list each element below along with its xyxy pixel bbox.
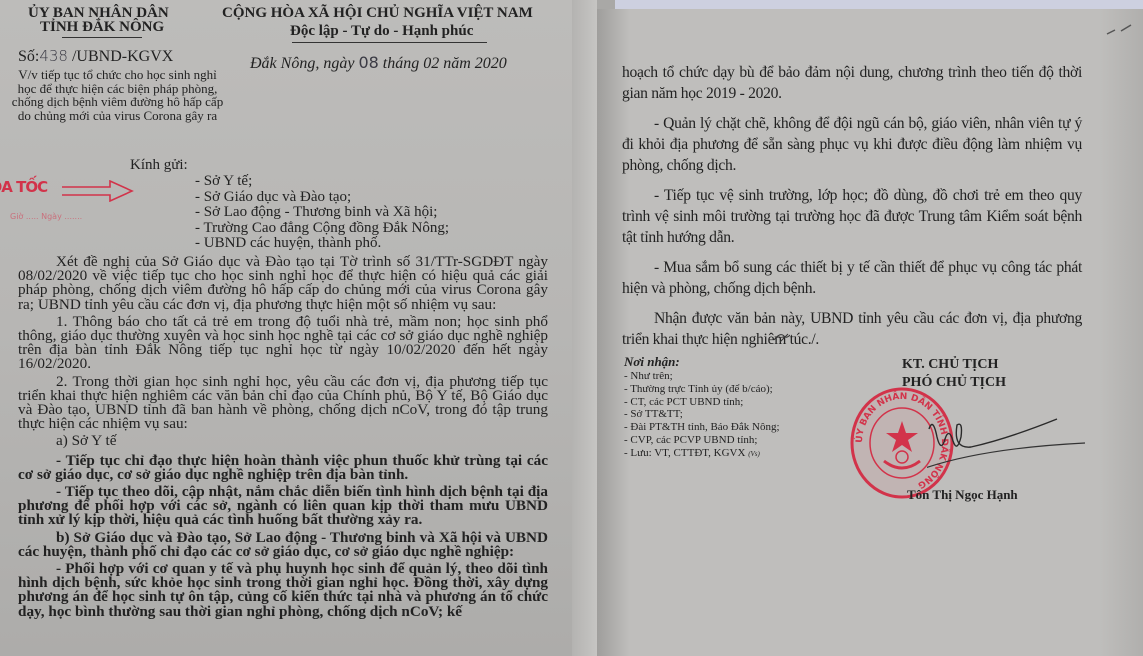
paragraph: Nhận được văn bản này, UBND tỉnh yêu cầu… bbox=[622, 308, 1082, 350]
signature-title-1: KT. CHỦ TỊCH bbox=[902, 357, 998, 373]
handwritten-number: 438 bbox=[39, 47, 68, 65]
agency-underline bbox=[62, 37, 142, 38]
date-line: Đắk Nông, ngày 08 tháng 02 năm 2020 bbox=[250, 53, 507, 73]
document-subject: V/v tiếp tục tổ chức cho học sinh nghỉ h… bbox=[10, 68, 225, 122]
body-text-page-2: hoạch tổ chức dạy bù để bảo đảm nội dung… bbox=[622, 62, 1082, 359]
paragraph: - Tiếp tục chỉ đạo thực hiện hoàn thành … bbox=[18, 454, 548, 482]
recipient-item: - Trường Cao đẳng Cộng đồng Đắk Nông; bbox=[195, 221, 449, 237]
handwritten-day: 08 bbox=[358, 53, 378, 72]
pen-mark-icon bbox=[1105, 23, 1135, 37]
salutation: Kính gửi: bbox=[130, 157, 188, 174]
motto-underline bbox=[292, 42, 487, 43]
body-text-page-1: Xét đề nghị của Sở Giáo dục và Đào tạo t… bbox=[18, 255, 548, 622]
recipient-item: - Như trên; bbox=[624, 370, 780, 383]
background-strip bbox=[615, 0, 1143, 9]
urgent-stamp: HỎA TỐC bbox=[0, 178, 69, 196]
national-motto: Độc lập - Tự do - Hạnh phúc bbox=[290, 23, 473, 40]
recipient-item: - Đài PT&TH tỉnh, Báo Đắk Nông; bbox=[624, 421, 780, 434]
paragraph: - Tiếp tục theo dõi, cập nhật, nắm chắc … bbox=[18, 485, 548, 528]
recipient-item: - Sở Lao động - Thương binh và Xã hội; bbox=[195, 205, 449, 221]
recipient-item: - Sở Giáo dục và Đào tạo; bbox=[195, 190, 449, 206]
paragraph: - Quản lý chặt chẽ, không để đội ngũ cán… bbox=[622, 113, 1082, 176]
signer-name: Tôn Thị Ngọc Hạnh bbox=[907, 487, 1018, 503]
initial-mark-icon bbox=[772, 330, 794, 344]
paragraph: 1. Thông báo cho tất cả trẻ em trong độ … bbox=[18, 315, 548, 372]
section-heading: b) Sở Giáo dục và Đào tạo, Sở Lao động -… bbox=[18, 531, 548, 559]
handwritten-signature-icon bbox=[927, 409, 1087, 479]
paragraph: Xét đề nghị của Sở Giáo dục và Đào tạo t… bbox=[18, 255, 548, 312]
recipient-item: - Lưu: VT, CTTĐT, KGVX (Vs) bbox=[624, 447, 780, 461]
recipient-list: - Sở Y tế; - Sở Giáo dục và Đào tạo; - S… bbox=[195, 174, 449, 252]
recipient-item: - Thường trực Tỉnh ủy (để b/cáo); bbox=[624, 383, 780, 396]
document-number: Số:438 /UBND-KGVX bbox=[18, 47, 173, 66]
recipients-title: Nơi nhận: bbox=[624, 354, 680, 370]
urgent-arrow-icon bbox=[62, 180, 134, 202]
document-page-1: ỦY BAN NHÂN DÂN TỈNH ĐẮK NÔNG Số:438 /UB… bbox=[0, 0, 572, 656]
urgent-stamp-sub: Giờ ..... Ngày ....... bbox=[10, 212, 82, 221]
recipient-item: - Sở TT&TT; bbox=[624, 408, 780, 421]
recipients-list: - Như trên; - Thường trực Tỉnh ủy (để b/… bbox=[624, 370, 780, 461]
recipient-item: - Sở Y tế; bbox=[195, 174, 449, 190]
recipient-item: - UBND các huyện, thành phố. bbox=[195, 236, 449, 252]
recipient-item: - CVP, các PCVP UBND tỉnh; bbox=[624, 434, 780, 447]
recipient-item: - CT, các PCT UBND tỉnh; bbox=[624, 396, 780, 409]
section-heading: a) Sở Y tế bbox=[18, 434, 548, 448]
paragraph: hoạch tổ chức dạy bù để bảo đảm nội dung… bbox=[622, 62, 1082, 104]
document-page-2: hoạch tổ chức dạy bù để bảo đảm nội dung… bbox=[597, 9, 1143, 656]
national-title: CỘNG HÒA XÃ HỘI CHỦ NGHĨA VIỆT NAM bbox=[222, 5, 533, 22]
paragraph: - Mua sắm bổ sung các thiết bị y tế cần … bbox=[622, 257, 1082, 299]
paragraph: - Tiếp tục vệ sinh trường, lớp học; đồ d… bbox=[622, 185, 1082, 248]
paragraph: - Phối hợp với cơ quan y tế và phụ huynh… bbox=[18, 562, 548, 619]
paragraph: 2. Trong thời gian học sinh nghỉ học, yê… bbox=[18, 375, 548, 432]
page-gap bbox=[572, 0, 597, 656]
agency-name-line2: TỈNH ĐẮK NÔNG bbox=[40, 19, 164, 36]
